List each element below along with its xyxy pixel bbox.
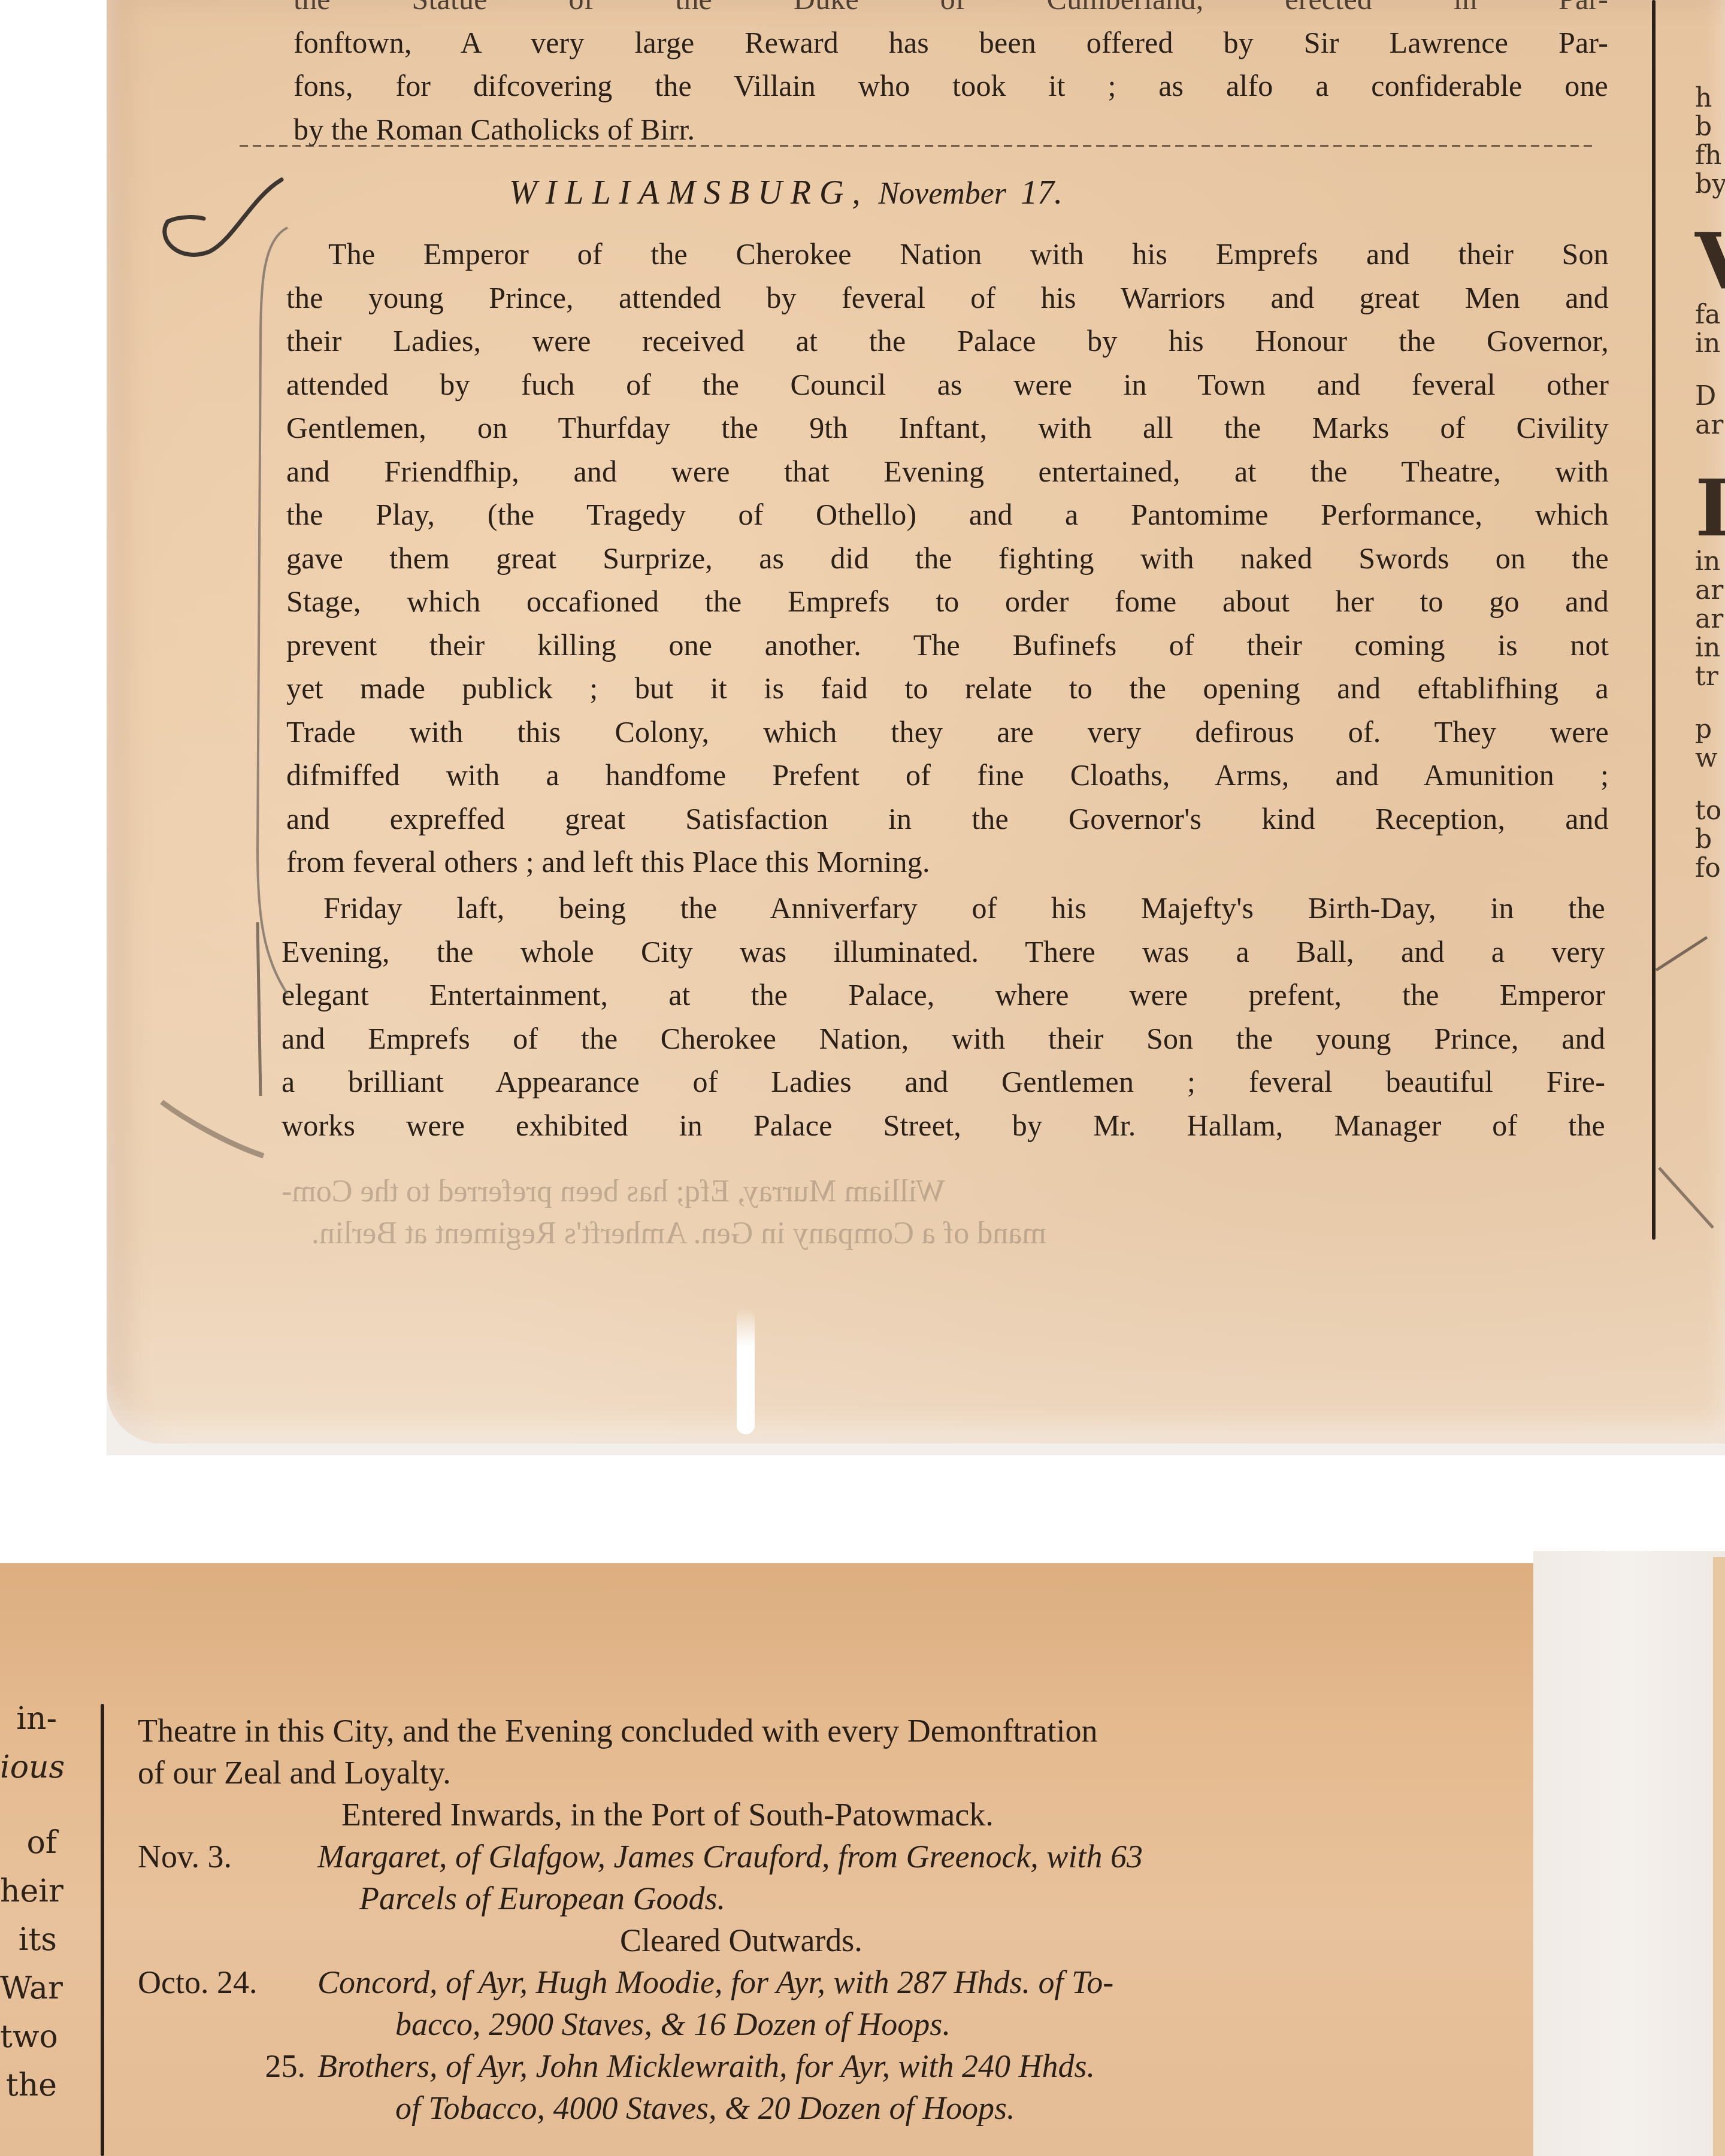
text-line: elegant Entertainment, at the Palace, wh… <box>282 973 1605 1017</box>
fragment-text: to <box>1695 797 1725 825</box>
text-line: Friday laft, being the Anniverfary of hi… <box>282 886 1605 930</box>
adjacent-column-fragments-lower: in- ious of heir its War two the <box>0 1695 57 2110</box>
text-line: prevent their killing one another. The B… <box>286 623 1609 667</box>
fragment-text: I <box>1695 470 1725 547</box>
text-line: fonftown, A very large Reward has been o… <box>293 21 1608 65</box>
fragment-text: heir <box>0 1867 57 1916</box>
entry-continuation: of Tobacco, 4000 Staves, & 20 Dozen of H… <box>138 2087 1143 2129</box>
text-line: and Emprefs of the Cherokee Nation, with… <box>282 1017 1605 1061</box>
text-line: works were exhibited in Palace Street, b… <box>282 1104 1605 1147</box>
text-line: difmiffed with a handfome Prefent of fin… <box>286 753 1609 797</box>
fragment-text: in <box>1695 634 1725 662</box>
entry-continuation: Parcels of European Goods. <box>138 1878 1143 1919</box>
entry-continuation: bacco, 2900 Staves, & 16 Dozen of Hoops. <box>138 2003 1143 2045</box>
text-line: fons, for difcovering the Villain who to… <box>293 64 1608 108</box>
cleared-outwards-heading: Cleared Outwards. <box>138 1919 1143 1961</box>
handwritten-checkmark-icon <box>1641 168 1713 323</box>
entry-row: 25.Brothers, of Ayr, John Micklewraith, … <box>138 2045 1143 2087</box>
continuation-line: Theatre in this City, and the Evening co… <box>138 1710 1143 1752</box>
article-cherokee-visit: The Emperor of the Cherokee Nation with … <box>286 232 1609 884</box>
text-line: a brilliant Appearance of Ladies and Gen… <box>282 1060 1605 1104</box>
fragment-text: w <box>1695 744 1725 773</box>
column-rule-left <box>101 1704 104 2156</box>
bleedthrough-text: mand of a Company in Gen. Amherft's Regi… <box>311 1216 1046 1251</box>
fragment-text: of <box>0 1819 57 1867</box>
adjacent-fragment-edge <box>1713 1557 1725 2156</box>
text-line: the Play, (the Tragedy of Othello) and a… <box>286 493 1609 537</box>
opening-paragraph: the Statue of the Duke of Cumberland, er… <box>293 0 1608 151</box>
fragment-text: War <box>0 1964 57 2013</box>
text-line: the young Prince, attended by feveral of… <box>286 276 1609 320</box>
entry-text: Concord, of Ayr, Hugh Moodie, for Ayr, w… <box>317 1964 1113 2000</box>
fragment-text: ar <box>1695 605 1725 634</box>
fragment-text: in- <box>0 1695 57 1743</box>
fragment-text: D <box>1695 382 1725 411</box>
bleedthrough-text: William Murray, Efq; has been preferred … <box>282 1174 945 1209</box>
entry-row: Octo. 24.Concord, of Ayr, Hugh Moodie, f… <box>138 1961 1143 2003</box>
fragment-text: b <box>1695 113 1725 141</box>
mount-board-strip <box>1533 1551 1725 2156</box>
fragment-text: ious <box>0 1743 57 1792</box>
dateline-month: November <box>878 177 1006 211</box>
dateline-day: 17. <box>1021 174 1063 211</box>
top-partial-line: the Statue of the Duke of Cumberland, er… <box>293 0 1608 21</box>
port-report: Theatre in this City, and the Evening co… <box>138 1710 1143 2129</box>
entry-date: Octo. 24. <box>138 1961 317 2003</box>
handwritten-margin-mark-icon <box>144 162 299 1180</box>
entry-text: Brothers, of Ayr, John Micklewraith, for… <box>317 2048 1095 2084</box>
fragment-text: the <box>0 2061 57 2110</box>
fragment-text: p <box>1695 715 1725 744</box>
entry-date: 25. <box>138 2045 317 2087</box>
text-line: and Friendfhip, and were that Evening en… <box>286 450 1609 493</box>
text-line: Stage, which occafioned the Emprefs to o… <box>286 580 1609 623</box>
entry-date: Nov. 3. <box>138 1836 317 1878</box>
text-line: gave them great Surprize, as did the fig… <box>286 537 1609 580</box>
text-line: attended by fuch of the Council as were … <box>286 363 1609 407</box>
section-divider <box>240 145 1593 147</box>
fragment-text: two <box>0 2013 57 2061</box>
continuation-line: of our Zeal and Loyalty. <box>138 1752 1143 1794</box>
fragment-text: ar <box>1695 576 1725 605</box>
entered-inwards-heading: Entered Inwards, in the Port of South-Pa… <box>138 1794 1143 1836</box>
fragment-text: h <box>1695 84 1725 113</box>
fragment-text: b <box>1695 825 1725 854</box>
fragment-text: fh <box>1695 141 1725 170</box>
fragment-text: tr <box>1695 662 1725 691</box>
handwritten-bracket-mark-icon <box>1653 934 1719 1234</box>
text-line: Trade with this Colony, which they are v… <box>286 710 1609 754</box>
fragment-text: its <box>0 1916 57 1964</box>
text-line: and expreffed great Satisfaction in the … <box>286 797 1609 841</box>
dateline-place: WILLIAMSBURG, <box>509 174 868 211</box>
text-line: Gentlemen, on Thurfday the 9th Inftant, … <box>286 406 1609 450</box>
paper-tear <box>737 1309 755 1434</box>
text-line: The Emperor of the Cherokee Nation with … <box>286 232 1609 276</box>
article-birthday-celebration: Friday laft, being the Anniverfary of hi… <box>282 886 1605 1147</box>
mount-gap <box>0 1455 1725 1557</box>
text-line: Evening, the whole City was illuminated.… <box>282 930 1605 974</box>
dateline: WILLIAMSBURG,November17. <box>509 174 1063 212</box>
text-line: yet made publick ; but it is faid to rel… <box>286 667 1609 710</box>
text-line: from feveral others ; and left this Plac… <box>286 840 1609 884</box>
fragment-text: in <box>1695 329 1725 358</box>
entry-row: Nov. 3.Margaret, of Glafgow, James Crauf… <box>138 1836 1143 1878</box>
text-line: their Ladies, were received at the Palac… <box>286 319 1609 363</box>
entry-text: Margaret, of Glafgow, James Crauford, fr… <box>317 1839 1143 1875</box>
fragment-text: ar <box>1695 411 1725 440</box>
fragment-text: fo <box>1695 854 1725 883</box>
